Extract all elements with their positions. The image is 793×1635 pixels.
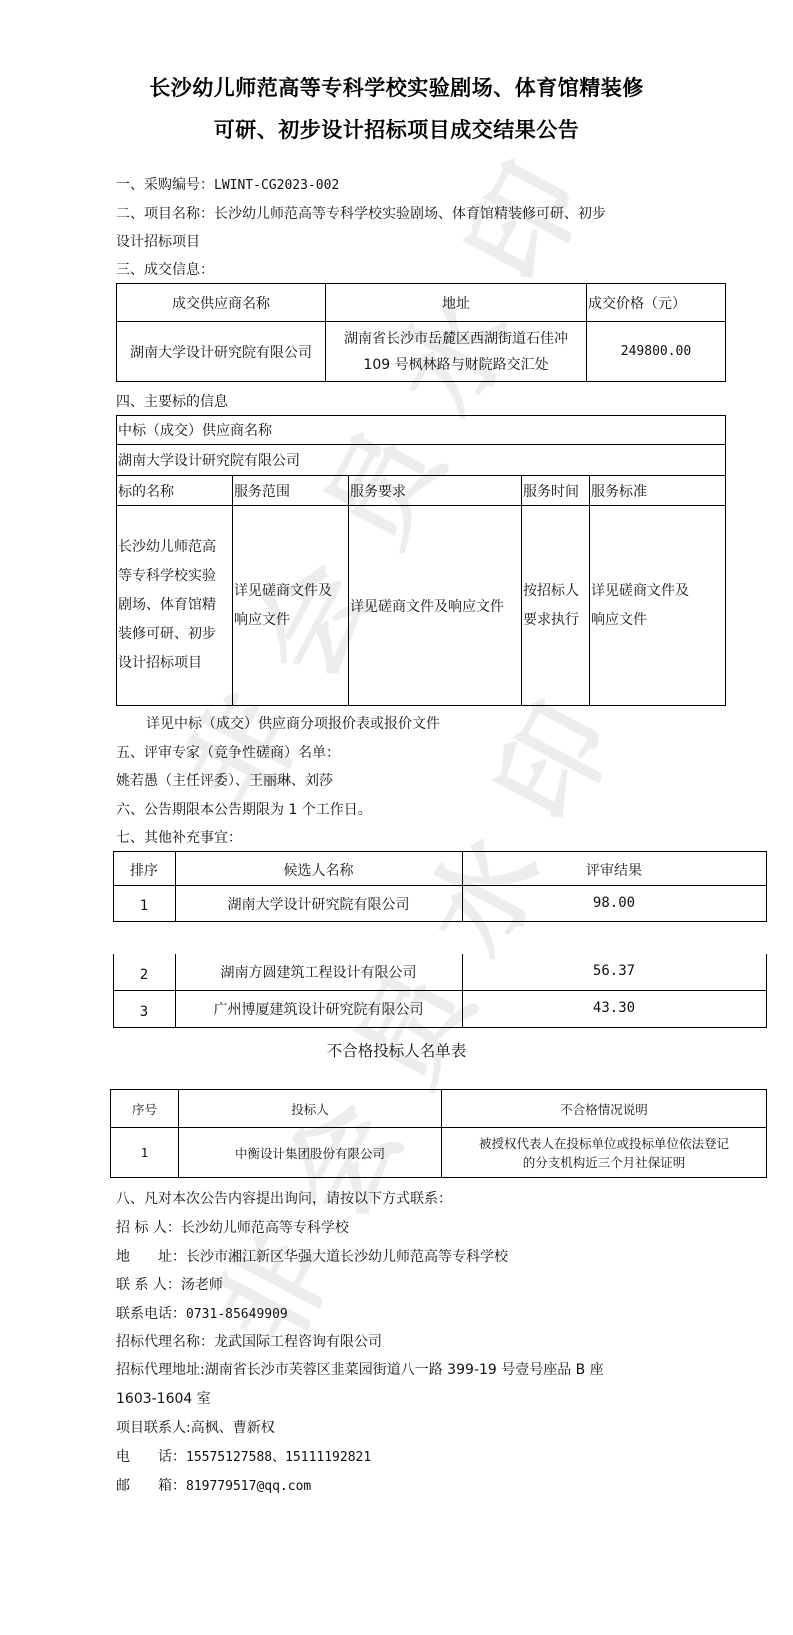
reason-line-1: 被授权代表人在投标单位或投标单位依法登记	[442, 1134, 766, 1153]
supplier-cell: 湖南大学设计研究院有限公司	[117, 322, 326, 382]
page-title-line-1: 长沙幼儿师范高等专科学校实验剧场、体育馆精装修	[0, 72, 793, 102]
page-title-line-2: 可研、初步设计招标项目成交结果公告	[0, 114, 793, 144]
contact-value: 0731-85649909	[186, 1307, 288, 1322]
reason-line-2: 的分支机构近三个月社保证明	[442, 1153, 766, 1172]
unqualified-no: 1	[111, 1128, 179, 1178]
contact-value: 长沙市湘江新区华强大道长沙幼儿师范高等专科学校	[186, 1249, 508, 1265]
contact-value: 汤老师	[181, 1277, 223, 1293]
contact-label: 联系电话：	[116, 1306, 186, 1322]
contact-value: 湖南省长沙市芙蓉区韭菜园街道八一路 399-19 号壹号座品 B 座	[205, 1362, 604, 1378]
header-reason: 不合格情况说明	[442, 1090, 767, 1128]
procurement-number-value: LWINT-CG2023-002	[214, 178, 339, 193]
unqualified-title: 不合格投标人名单表	[0, 1039, 793, 1061]
notice-period: 六、公告期限本公告期限为 1 个工作日。	[116, 801, 372, 819]
project-name-line-1: 二、项目名称：长沙幼儿师范高等专科学校实验剧场、体育馆精装修可研、初步	[116, 205, 606, 223]
deal-info-heading: 三、成交信息：	[116, 261, 214, 279]
price-cell: 249800.00	[587, 322, 726, 382]
subject-line: 剧场、体育馆精	[118, 591, 232, 620]
contact-label: 招标代理地址:	[116, 1362, 205, 1378]
subject-line: 长沙幼儿师范高	[118, 533, 232, 562]
header-rank: 排序	[113, 860, 175, 880]
header-candidate: 候选人名称	[175, 860, 462, 880]
project-name-line-2: 设计招标项目	[116, 233, 200, 251]
header-result: 评审结果	[462, 860, 766, 880]
winning-supplier-label: 中标（成交）供应商名称	[117, 416, 726, 445]
candidate-rank: 2	[113, 967, 175, 983]
experts-names: 姚若愚（主任评委）、王丽琳、刘莎	[116, 772, 333, 790]
procurement-number: 一、采购编号：LWINT-CG2023-002	[116, 176, 339, 195]
contact-label: 项目联系人:	[116, 1420, 191, 1436]
unqualified-bidder: 中衡设计集团股份有限公司	[179, 1128, 442, 1178]
contact-value[interactable]: 819779517@qq.com	[186, 1479, 311, 1494]
scope-line: 详见磋商文件及	[234, 577, 348, 606]
procurement-number-label: 一、采购编号：	[116, 177, 214, 193]
contact-value: 高枫、曹新权	[191, 1420, 275, 1436]
contact-tenderer: 招 标 人：长沙幼儿师范高等专科学校	[116, 1219, 349, 1237]
contact-value: 龙武国际工程咨询有限公司	[214, 1334, 382, 1350]
address-cell: 湖南省长沙市岳麓区西湖街道石佳冲 109 号枫林路与财院路交汇处	[326, 322, 587, 382]
contact-label: 招 标 人：	[116, 1220, 181, 1236]
candidate-rank: 3	[113, 1004, 175, 1020]
project-phone: 电 话：15575127588、15111192821	[116, 1448, 371, 1467]
address-line-1: 湖南省长沙市岳麓区西湖街道石佳冲	[326, 326, 586, 352]
subject-line: 等专科学校实验	[118, 562, 232, 591]
project-email: 邮 箱：819779517@qq.com	[116, 1477, 311, 1496]
requirement-cell: 详见磋商文件及响应文件	[349, 506, 522, 706]
contact-label: 地 址：	[116, 1249, 186, 1265]
candidate-score: 98.00	[462, 895, 766, 911]
contact-heading: 八、凡对本次公告内容提出询问，请按以下方式联系：	[116, 1190, 452, 1208]
contact-label: 联 系 人：	[116, 1277, 181, 1293]
candidate-name: 湖南大学设计研究院有限公司	[175, 894, 462, 914]
subject-line: 设计招标项目	[118, 649, 232, 678]
contact-label: 邮 箱：	[116, 1478, 186, 1494]
scope-line: 响应文件	[234, 606, 348, 635]
candidate-rank: 1	[113, 898, 175, 914]
header-no: 序号	[111, 1090, 179, 1128]
contact-value: 15575127588、15111192821	[186, 1450, 371, 1465]
candidate-score: 43.30	[462, 1000, 766, 1016]
time-line: 要求执行	[523, 606, 589, 635]
winning-supplier-name: 湖南大学设计研究院有限公司	[117, 445, 726, 476]
contact-phone: 联系电话：0731-85649909	[116, 1305, 288, 1324]
header-address: 地址	[326, 284, 587, 322]
unqualified-table: 序号 投标人 不合格情况说明 1 中衡设计集团股份有限公司 被授权代表人在投标单…	[110, 1089, 767, 1178]
contact-label: 招标代理名称：	[116, 1334, 214, 1350]
agent-address: 招标代理地址:湖南省长沙市芙蓉区韭菜园街道八一路 399-19 号壹号座品 B …	[116, 1361, 604, 1379]
contact-address: 地 址：长沙市湘江新区华强大道长沙幼儿师范高等专科学校	[116, 1248, 508, 1266]
subject-line: 装修可研、初步	[118, 620, 232, 649]
contact-value: 1603-1604 室	[116, 1391, 211, 1407]
quote-note: 详见中标（成交）供应商分项报价表或报价文件	[146, 715, 440, 733]
contact-label: 电 话：	[116, 1449, 186, 1465]
header-requirement: 服务要求	[349, 476, 522, 506]
header-subject: 标的名称	[117, 476, 233, 506]
header-scope: 服务范围	[233, 476, 349, 506]
agent-name: 招标代理名称：龙武国际工程咨询有限公司	[116, 1333, 382, 1351]
main-subject-table: 中标（成交）供应商名称 湖南大学设计研究院有限公司 标的名称 服务范围 服务要求…	[116, 415, 726, 706]
standard-cell: 详见磋商文件及 响应文件	[590, 506, 726, 706]
header-standard: 服务标准	[590, 476, 726, 506]
experts-heading: 五、评审专家（竞争性磋商）名单：	[116, 744, 340, 762]
supplementary-heading: 七、其他补充事宜：	[116, 829, 242, 847]
candidate-score: 56.37	[462, 963, 766, 979]
header-bidder: 投标人	[179, 1090, 442, 1128]
agent-address-cont: 1603-1604 室	[116, 1390, 211, 1408]
unqualified-reason: 被授权代表人在投标单位或投标单位依法登记 的分支机构近三个月社保证明	[442, 1128, 767, 1178]
standard-line: 响应文件	[591, 606, 725, 635]
project-contacts: 项目联系人:高枫、曹新权	[116, 1419, 275, 1437]
standard-line: 详见磋商文件及	[591, 577, 725, 606]
candidate-name: 广州博厦建筑设计研究院有限公司	[175, 999, 462, 1019]
header-time: 服务时间	[522, 476, 590, 506]
time-cell: 按招标人 要求执行	[522, 506, 590, 706]
contact-value: 长沙幼儿师范高等专科学校	[181, 1220, 349, 1236]
deal-info-table: 成交供应商名称 地址 成交价格（元） 湖南大学设计研究院有限公司 湖南省长沙市岳…	[116, 283, 726, 382]
candidate-name: 湖南方圆建筑工程设计有限公司	[175, 962, 462, 982]
header-supplier: 成交供应商名称	[117, 284, 326, 322]
header-price: 成交价格（元）	[587, 284, 726, 322]
time-line: 按招标人	[523, 577, 589, 606]
scope-cell: 详见磋商文件及 响应文件	[233, 506, 349, 706]
address-line-2: 109 号枫林路与财院路交汇处	[326, 352, 586, 378]
subject-cell: 长沙幼儿师范高 等专科学校实验 剧场、体育馆精 装修可研、初步 设计招标项目	[117, 506, 233, 706]
contact-person: 联 系 人：汤老师	[116, 1276, 223, 1294]
main-subject-heading: 四、主要标的信息	[116, 393, 228, 411]
